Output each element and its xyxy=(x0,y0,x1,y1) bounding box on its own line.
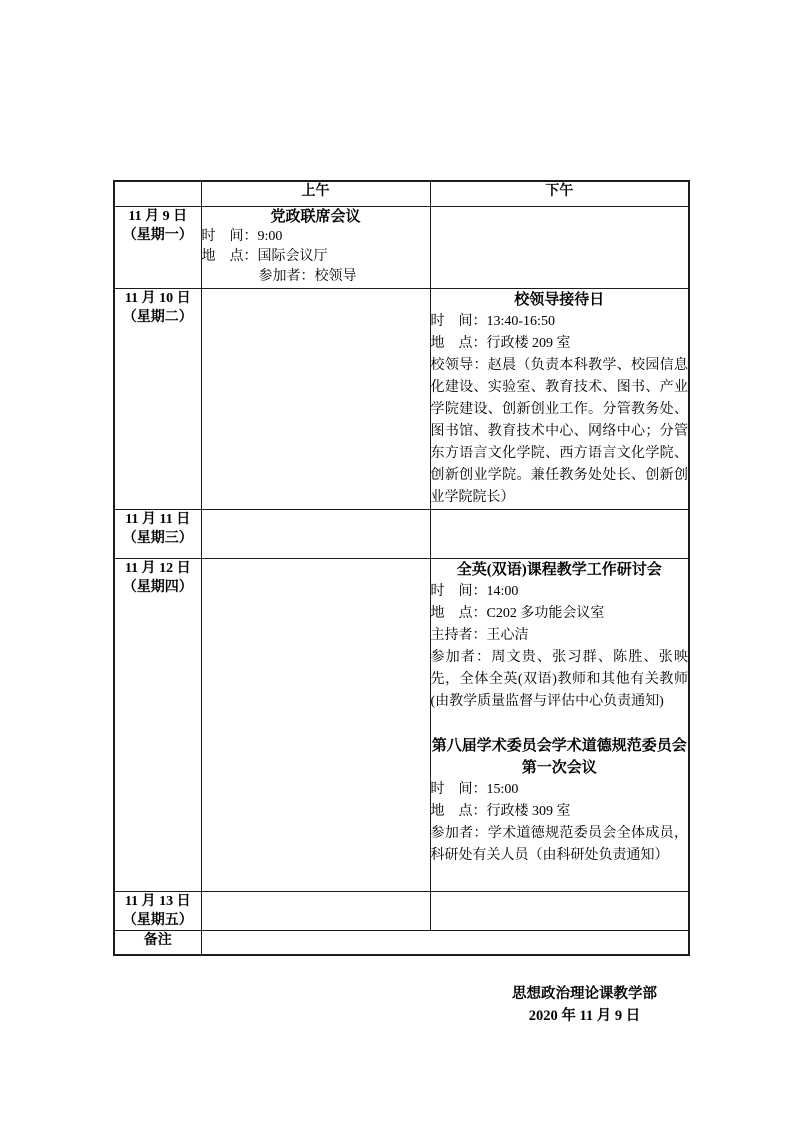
afternoon-cell-monday xyxy=(430,206,689,288)
header-cell-date xyxy=(114,181,201,206)
event-time: 时 间：14:00 xyxy=(431,581,689,603)
date-text: 11 月 10 日 xyxy=(115,289,201,308)
event-place: 地 点：行政楼 209 室 xyxy=(431,333,689,355)
morning-cell-wednesday xyxy=(201,509,430,558)
remarks-label: 备注 xyxy=(114,930,201,955)
event-participants: 参加者：校领导 xyxy=(202,267,430,287)
morning-cell-tuesday xyxy=(201,288,430,509)
weekday-text: （星期二） xyxy=(115,308,201,327)
table-row-monday: 11 月 9 日 （星期一） 党政联席会议 时 间：9:00 地 点：国际会议厅… xyxy=(114,206,689,288)
header-cell-afternoon: 下午 xyxy=(430,181,689,206)
document-page: 上午 下午 11 月 9 日 （星期一） 党政联席会议 时 间：9:00 地 点… xyxy=(0,0,799,1131)
event-title: 校领导接待日 xyxy=(431,289,689,311)
morning-cell-friday xyxy=(201,891,430,930)
event-block-1: 全英(双语)课程教学工作研讨会 时 间：14:00 地 点：C202 多功能会议… xyxy=(431,559,689,713)
afternoon-cell-tuesday: 校领导接待日 时 间：13:40-16:50 地 点：行政楼 209 室 校领导… xyxy=(430,288,689,509)
remarks-cell xyxy=(201,930,689,955)
event-time: 时 间：15:00 xyxy=(431,779,689,801)
header-cell-morning: 上午 xyxy=(201,181,430,206)
afternoon-cell-friday xyxy=(430,891,689,930)
event-title: 党政联席会议 xyxy=(202,207,430,227)
morning-cell-thursday xyxy=(201,558,430,891)
event-place: 地 点：行政楼 309 室 xyxy=(431,801,689,823)
event-time: 时 间：13:40-16:50 xyxy=(431,311,689,333)
weekday-text: （星期一） xyxy=(115,226,201,245)
date-cell-monday: 11 月 9 日 （星期一） xyxy=(114,206,201,288)
event-place: 地 点：C202 多功能会议室 xyxy=(431,603,689,625)
date-text: 11 月 13 日 xyxy=(115,892,201,911)
date-text: 11 月 9 日 xyxy=(115,207,201,226)
date-cell-wednesday: 11 月 11 日 （星期三） xyxy=(114,509,201,558)
signature-block: 思想政治理论课教学部 2020 年 11 月 9 日 xyxy=(512,983,657,1027)
event-participants: 参加者：学术道德规范委员会全体成员，科研处有关人员（由科研处负责通知） xyxy=(431,823,689,867)
table-row-friday: 11 月 13 日 （星期五） xyxy=(114,891,689,930)
event-block-2: 第八届学术委员会学术道德规范委员会第一次会议 时 间：15:00 地 点：行政楼… xyxy=(431,735,689,867)
date-cell-thursday: 11 月 12 日 （星期四） xyxy=(114,558,201,891)
weekly-schedule-table: 上午 下午 11 月 9 日 （星期一） 党政联席会议 时 间：9:00 地 点… xyxy=(113,180,690,956)
event-title: 全英(双语)课程教学工作研讨会 xyxy=(431,559,689,581)
event-time: 时 间：9:00 xyxy=(202,227,430,247)
table-row-tuesday: 11 月 10 日 （星期二） 校领导接待日 时 间：13:40-16:50 地… xyxy=(114,288,689,509)
signature-department: 思想政治理论课教学部 xyxy=(512,983,657,1005)
event-title: 第八届学术委员会学术道德规范委员会第一次会议 xyxy=(431,735,689,779)
date-cell-friday: 11 月 13 日 （星期五） xyxy=(114,891,201,930)
table-row-thursday: 11 月 12 日 （星期四） 全英(双语)课程教学工作研讨会 时 间：14:0… xyxy=(114,558,689,891)
table-header-row: 上午 下午 xyxy=(114,181,689,206)
afternoon-cell-thursday: 全英(双语)课程教学工作研讨会 时 间：14:00 地 点：C202 多功能会议… xyxy=(430,558,689,891)
date-cell-tuesday: 11 月 10 日 （星期二） xyxy=(114,288,201,509)
event-participants: 参加者：周文贵、张习群、陈胜、张映先，全体全英(双语)教师和其他有关教师(由教学… xyxy=(431,647,689,713)
event-host: 主持者：王心洁 xyxy=(431,625,689,647)
event-detail: 校领导：赵晨（负责本科教学、校园信息化建设、实验室、教育技术、图书、产业学院建设… xyxy=(431,355,689,509)
afternoon-cell-wednesday xyxy=(430,509,689,558)
date-text: 11 月 11 日 xyxy=(115,510,201,529)
weekday-text: （星期五） xyxy=(115,911,201,930)
date-text: 11 月 12 日 xyxy=(115,559,201,578)
table-row-remarks: 备注 xyxy=(114,930,689,955)
weekday-text: （星期四） xyxy=(115,578,201,597)
morning-cell-monday: 党政联席会议 时 间：9:00 地 点：国际会议厅 参加者：校领导 xyxy=(201,206,430,288)
event-place: 地 点：国际会议厅 xyxy=(202,247,430,267)
table-row-wednesday: 11 月 11 日 （星期三） xyxy=(114,509,689,558)
event-spacer xyxy=(431,713,689,735)
weekday-text: （星期三） xyxy=(115,529,201,548)
signature-date: 2020 年 11 月 9 日 xyxy=(512,1005,657,1027)
